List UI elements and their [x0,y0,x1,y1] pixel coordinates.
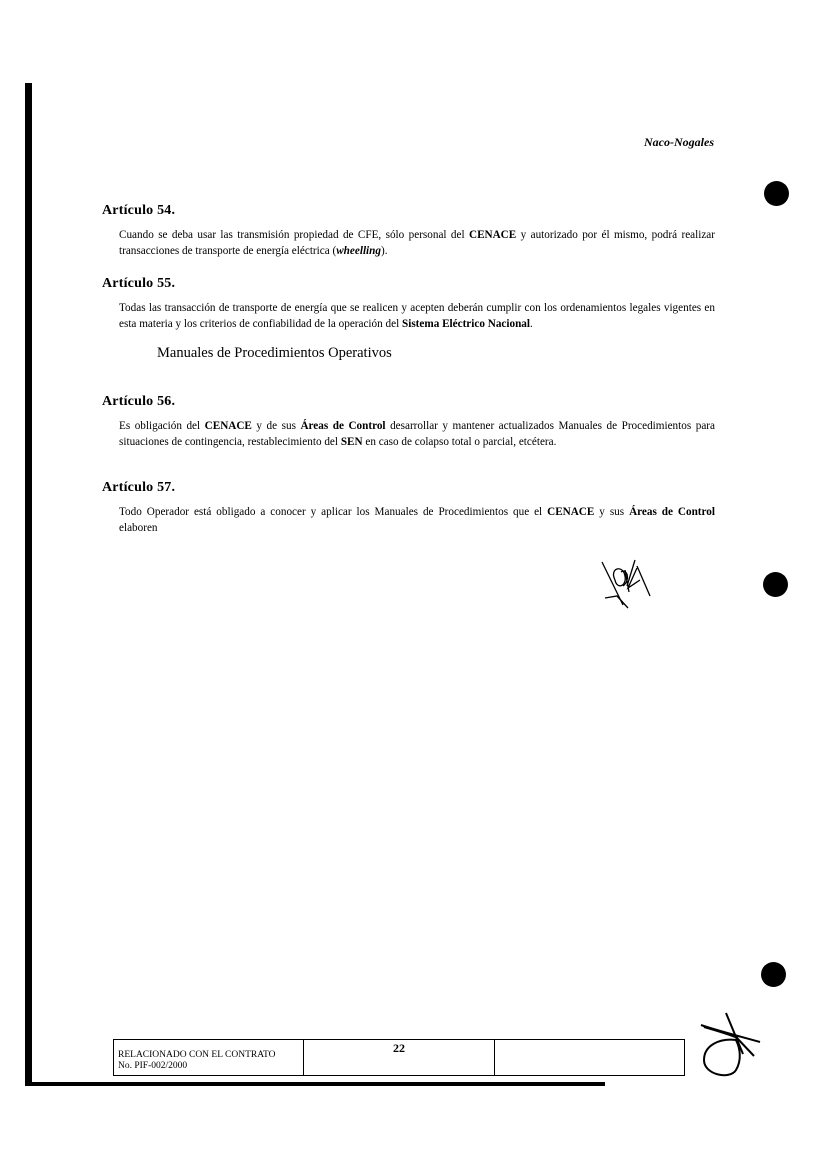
article-55-body: Todas las transacción de transporte de e… [119,300,715,332]
article-56-body: Es obligación del CENACE y de sus Áreas … [119,418,715,450]
bottom-margin-bar [25,1082,605,1086]
footer-page-number: 22 [304,1040,495,1075]
footer-contract-line1: RELACIONADO CON EL CONTRATO [118,1050,303,1061]
footer-table: RELACIONADO CON EL CONTRATO No. PIF-002/… [113,1039,685,1076]
article-57-title: Artículo 57. [102,480,175,496]
signature-mark [595,550,665,620]
punch-hole-top [764,181,789,206]
article-56-title: Artículo 56. [102,394,175,410]
punch-hole-bottom [761,962,786,987]
article-54-title: Artículo 54. [102,203,175,219]
left-margin-bar [25,83,32,1086]
header-location: Naco-Nogales [644,135,714,150]
initials-mark [690,1000,770,1080]
article-55-title: Artículo 55. [102,276,175,292]
article-57-body: Todo Operador está obligado a conocer y … [119,504,715,536]
footer-contract-line2: No. PIF-002/2000 [118,1061,303,1072]
punch-hole-middle [763,572,788,597]
article-54-body: Cuando se deba usar las transmisión prop… [119,227,715,259]
section-heading: Manuales de Procedimientos Operativos [157,345,392,362]
footer-empty-cell [495,1040,684,1075]
footer-contract-cell: RELACIONADO CON EL CONTRATO No. PIF-002/… [114,1040,304,1075]
